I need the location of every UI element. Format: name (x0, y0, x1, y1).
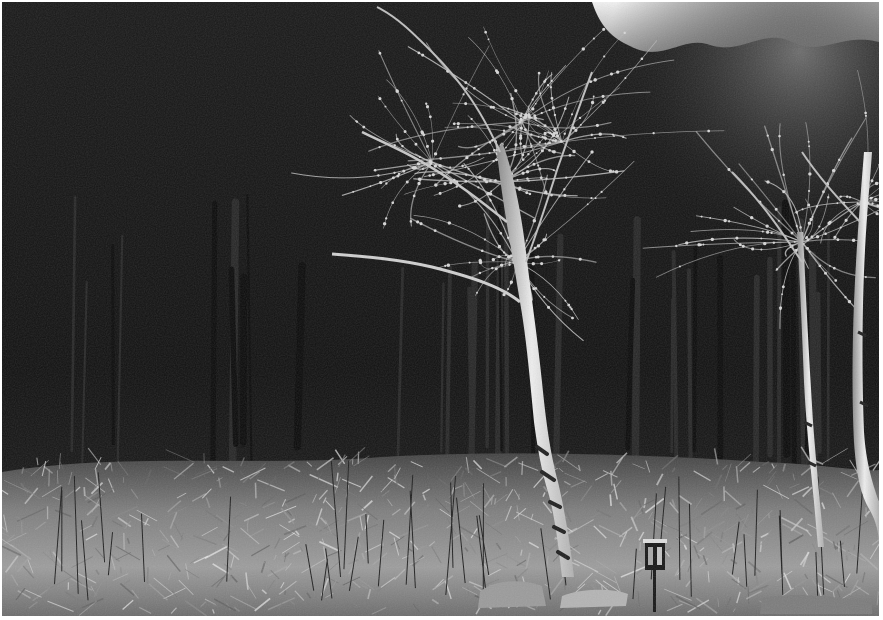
film-grain (2, 2, 879, 616)
photo-frame: Black-and-white photograph of a forest e… (2, 2, 879, 616)
forest-photo (2, 2, 879, 616)
